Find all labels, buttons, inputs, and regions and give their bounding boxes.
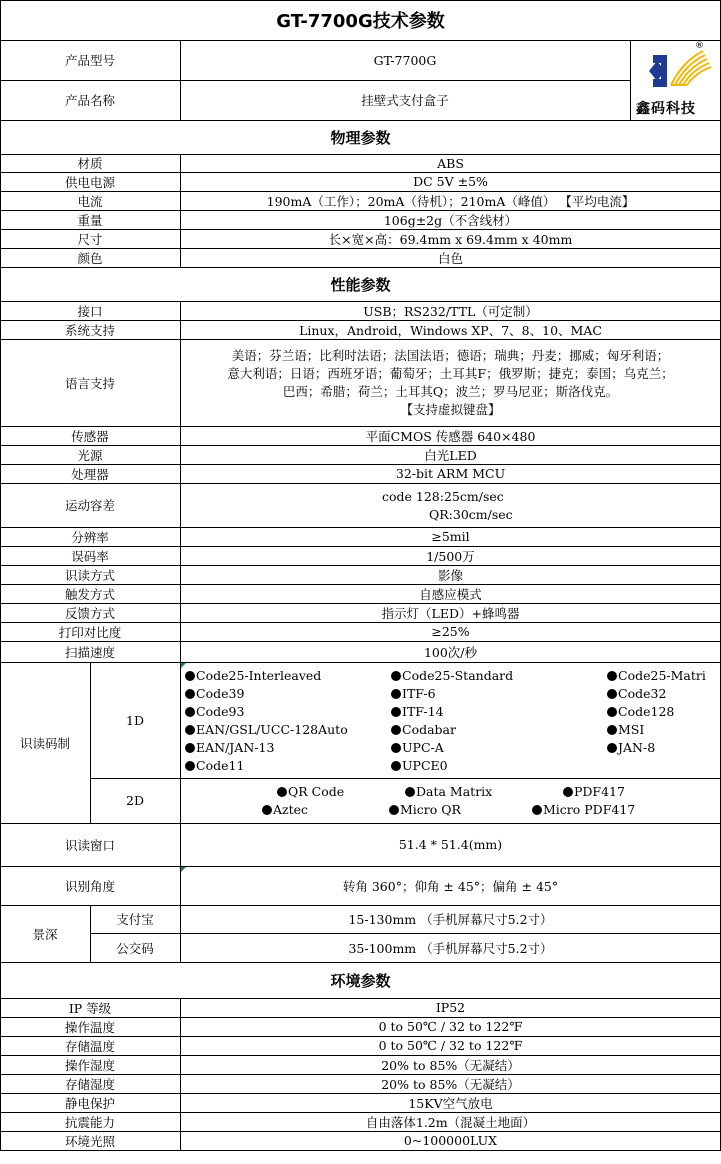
ambient-light-label: 环境光照 (0, 1131, 180, 1150)
model-label: 产品型号 (0, 40, 180, 80)
angle-label: 识别角度 (0, 866, 180, 905)
bullet-icon (185, 671, 195, 681)
material-label: 材质 (0, 154, 180, 172)
language-line-2: 意大利语；日语；西班牙语；葡萄牙；土耳其F；俄罗斯；捷克；泰国；乌克兰； (227, 365, 673, 383)
bullet-icon (607, 689, 617, 699)
bullet-icon (185, 743, 195, 753)
bullet-icon (391, 761, 401, 771)
read-mode-label: 识读方式 (0, 565, 180, 584)
symbology-1d-col3: Code25-Matri Code32 Code128 MSI JAN-8 (607, 667, 720, 757)
weight-value: 106g±2g（不含线材） (180, 210, 721, 229)
power-label: 供电电源 (0, 172, 180, 191)
code-item: ITF-14 (391, 703, 513, 721)
error-rate-label: 误码率 (0, 546, 180, 565)
dof-label: 景深 (0, 905, 90, 962)
dof-bus-code-value: 35-100mm （手机屏幕尺寸5.2寸） (180, 933, 721, 962)
code-item: Code25-Matri (607, 667, 720, 685)
sensor-value: 平面CMOS 传感器 640×480 (180, 426, 721, 445)
color-label: 颜色 (0, 248, 180, 267)
operating-humidity-value: 20% to 85%（无凝结） (180, 1055, 721, 1074)
code-item: PDF417 (563, 783, 625, 801)
size-label: 尺寸 (0, 229, 180, 248)
bullet-icon (532, 805, 542, 815)
symbology-1d-label: 1D (90, 662, 180, 778)
language-line-3: 巴西；希腊；荷兰；土耳其Q；波兰；罗马尼亚；斯洛伐克。 (283, 383, 618, 401)
bullet-icon (185, 725, 195, 735)
bullet-icon (277, 787, 287, 797)
material-value: ABS (180, 154, 721, 172)
code-item: Code128 (607, 703, 720, 721)
code-item: Code93 (185, 703, 348, 721)
processor-value: 32-bit ARM MCU (180, 464, 721, 483)
operating-temp-label: 操作温度 (0, 1017, 180, 1036)
storage-temp-label: 存储温度 (0, 1036, 180, 1055)
current-value: 190mA（工作）；20mA（待机）；210mA（峰值） 【平均电流】 (180, 191, 721, 210)
read-mode-value: 影像 (180, 565, 721, 584)
storage-humidity-label: 存储湿度 (0, 1074, 180, 1093)
read-window-label: 识读窗口 (0, 823, 180, 866)
os-support-value: Linux，Android，Windows XP、7、8、10、MAC (180, 320, 721, 339)
trigger-mode-value: 自感应模式 (180, 584, 721, 603)
bullet-icon (391, 689, 401, 699)
scan-speed-label: 扫描速度 (0, 641, 180, 662)
bullet-icon (391, 707, 401, 717)
code-item: Code39 (185, 685, 348, 703)
code-item: Data Matrix (405, 783, 492, 801)
symbology-label: 识读码制 (0, 662, 90, 823)
print-contrast-value: ≥25% (180, 622, 721, 641)
ip-rating-label: IP 等级 (0, 998, 180, 1017)
feedback-label: 反馈方式 (0, 603, 180, 622)
bullet-icon (405, 787, 415, 797)
weight-label: 重量 (0, 210, 180, 229)
dof-bus-code-label: 公交码 (90, 933, 180, 962)
model-value: GT-7700G (180, 40, 630, 80)
language-line-1: 美语；芬兰语；比利时法语；法国法语；德语；瑞典；丹麦；挪威；匈牙利语； (232, 347, 670, 365)
operating-temp-value: 0 to 50℃ / 32 to 122℉ (180, 1017, 721, 1036)
company-logo: ® 鑫码科技 (631, 41, 720, 120)
page-title: GT-7700G技术参数 (0, 0, 721, 40)
code-item: MSI (607, 721, 720, 739)
shock-value: 自由落体1.2m（混凝土地面） (180, 1112, 721, 1131)
language-line-4: 【支持虚拟键盘】 (400, 401, 500, 419)
sensor-label: 传感器 (0, 426, 180, 445)
storage-temp-value: 0 to 50℃ / 32 to 122℉ (180, 1036, 721, 1055)
print-contrast-label: 打印对比度 (0, 622, 180, 641)
operating-humidity-label: 操作湿度 (0, 1055, 180, 1074)
code-item: ITF-6 (391, 685, 513, 703)
bullet-icon (391, 725, 401, 735)
product-name-label: 产品名称 (0, 80, 180, 120)
power-value: DC 5V ±5% (180, 172, 721, 191)
angle-value: 转角 360°；仰角 ± 45°；偏角 ± 45° (180, 866, 721, 905)
code-item: Code25-Standard (391, 667, 513, 685)
motion-tolerance-line-1: code 128:25cm/sec (382, 489, 504, 504)
dof-alipay-label: 支付宝 (90, 905, 180, 933)
storage-humidity-value: 20% to 85%（无凝结） (180, 1074, 721, 1093)
bullet-icon (262, 805, 272, 815)
code-item: QR Code (277, 783, 344, 801)
language-value: 美语；芬兰语；比利时法语；法国法语；德语；瑞典；丹麦；挪威；匈牙利语； 意大利语… (180, 339, 721, 426)
code-item: Code25-Interleaved (185, 667, 348, 685)
code-item: Codabar (391, 721, 513, 739)
current-label: 电流 (0, 191, 180, 210)
bullet-icon (185, 761, 195, 771)
product-name-value: 挂壁式支付盒子 (180, 80, 630, 120)
esd-value: 15KV空气放电 (180, 1093, 721, 1112)
section-title-environment: 环境参数 (0, 962, 721, 998)
interface-value: USB；RS232/TTL（可定制） (180, 301, 721, 320)
resolution-label: 分辨率 (0, 527, 180, 546)
bullet-icon (607, 707, 617, 717)
logo-mark-icon (631, 41, 720, 93)
interface-label: 接口 (0, 301, 180, 320)
motion-tolerance-label: 运动容差 (0, 483, 180, 527)
code-item: UPCE0 (391, 757, 513, 775)
bullet-icon (607, 743, 617, 753)
bullet-icon (607, 725, 617, 735)
code-item: JAN-8 (607, 739, 720, 757)
symbology-2d-label: 2D (90, 778, 180, 823)
shock-label: 抗震能力 (0, 1112, 180, 1131)
light-source-label: 光源 (0, 445, 180, 464)
code-item: Code32 (607, 685, 720, 703)
processor-label: 处理器 (0, 464, 180, 483)
code-item: Code11 (185, 757, 348, 775)
bullet-icon (607, 671, 617, 681)
bullet-icon (391, 671, 401, 681)
bullet-icon (185, 689, 195, 699)
code-item: UPC-A (391, 739, 513, 757)
symbology-1d-col1: Code25-Interleaved Code39 Code93 EAN/GSL… (185, 667, 348, 775)
feedback-value: 指示灯（LED）+蜂鸣器 (180, 603, 721, 622)
code-item: EAN/GSL/UCC-128Auto (185, 721, 348, 739)
resolution-value: ≥5mil (180, 527, 721, 546)
code-item: Micro QR (389, 801, 461, 819)
symbology-1d-col2: Code25-Standard ITF-6 ITF-14 Codabar UPC… (391, 667, 513, 775)
bullet-icon (391, 743, 401, 753)
esd-label: 静电保护 (0, 1093, 180, 1112)
section-title-performance: 性能参数 (0, 267, 721, 301)
error-rate-value: 1/500万 (180, 546, 721, 565)
trigger-mode-label: 触发方式 (0, 584, 180, 603)
ip-rating-value: IP52 (180, 998, 721, 1017)
code-item: EAN/JAN-13 (185, 739, 348, 757)
bullet-icon (389, 805, 399, 815)
motion-tolerance-value: code 128:25cm/sec QR:30cm/sec (180, 483, 721, 527)
light-source-value: 白光LED (180, 445, 721, 464)
size-value: 长×宽×高：69.4mm x 69.4mm x 40mm (180, 229, 721, 248)
bullet-icon (185, 707, 195, 717)
logo-text: 鑫码科技 (636, 98, 696, 118)
scan-speed-value: 100次/秒 (180, 641, 721, 662)
code-item: Aztec (262, 801, 308, 819)
registered-mark: ® (695, 41, 704, 51)
dof-alipay-value: 15-130mm （手机屏幕尺寸5.2寸） (180, 905, 721, 933)
read-window-value: 51.4 * 51.4(mm) (180, 823, 721, 866)
section-title-physical: 物理参数 (0, 120, 721, 154)
motion-tolerance-line-2: QR:30cm/sec (429, 507, 513, 522)
color-value: 白色 (180, 248, 721, 267)
ambient-light-value: 0~100000LUX (180, 1131, 721, 1150)
code-item: Micro PDF417 (532, 801, 635, 819)
os-support-label: 系统支持 (0, 320, 180, 339)
bullet-icon (563, 787, 573, 797)
language-label: 语言支持 (0, 339, 180, 426)
